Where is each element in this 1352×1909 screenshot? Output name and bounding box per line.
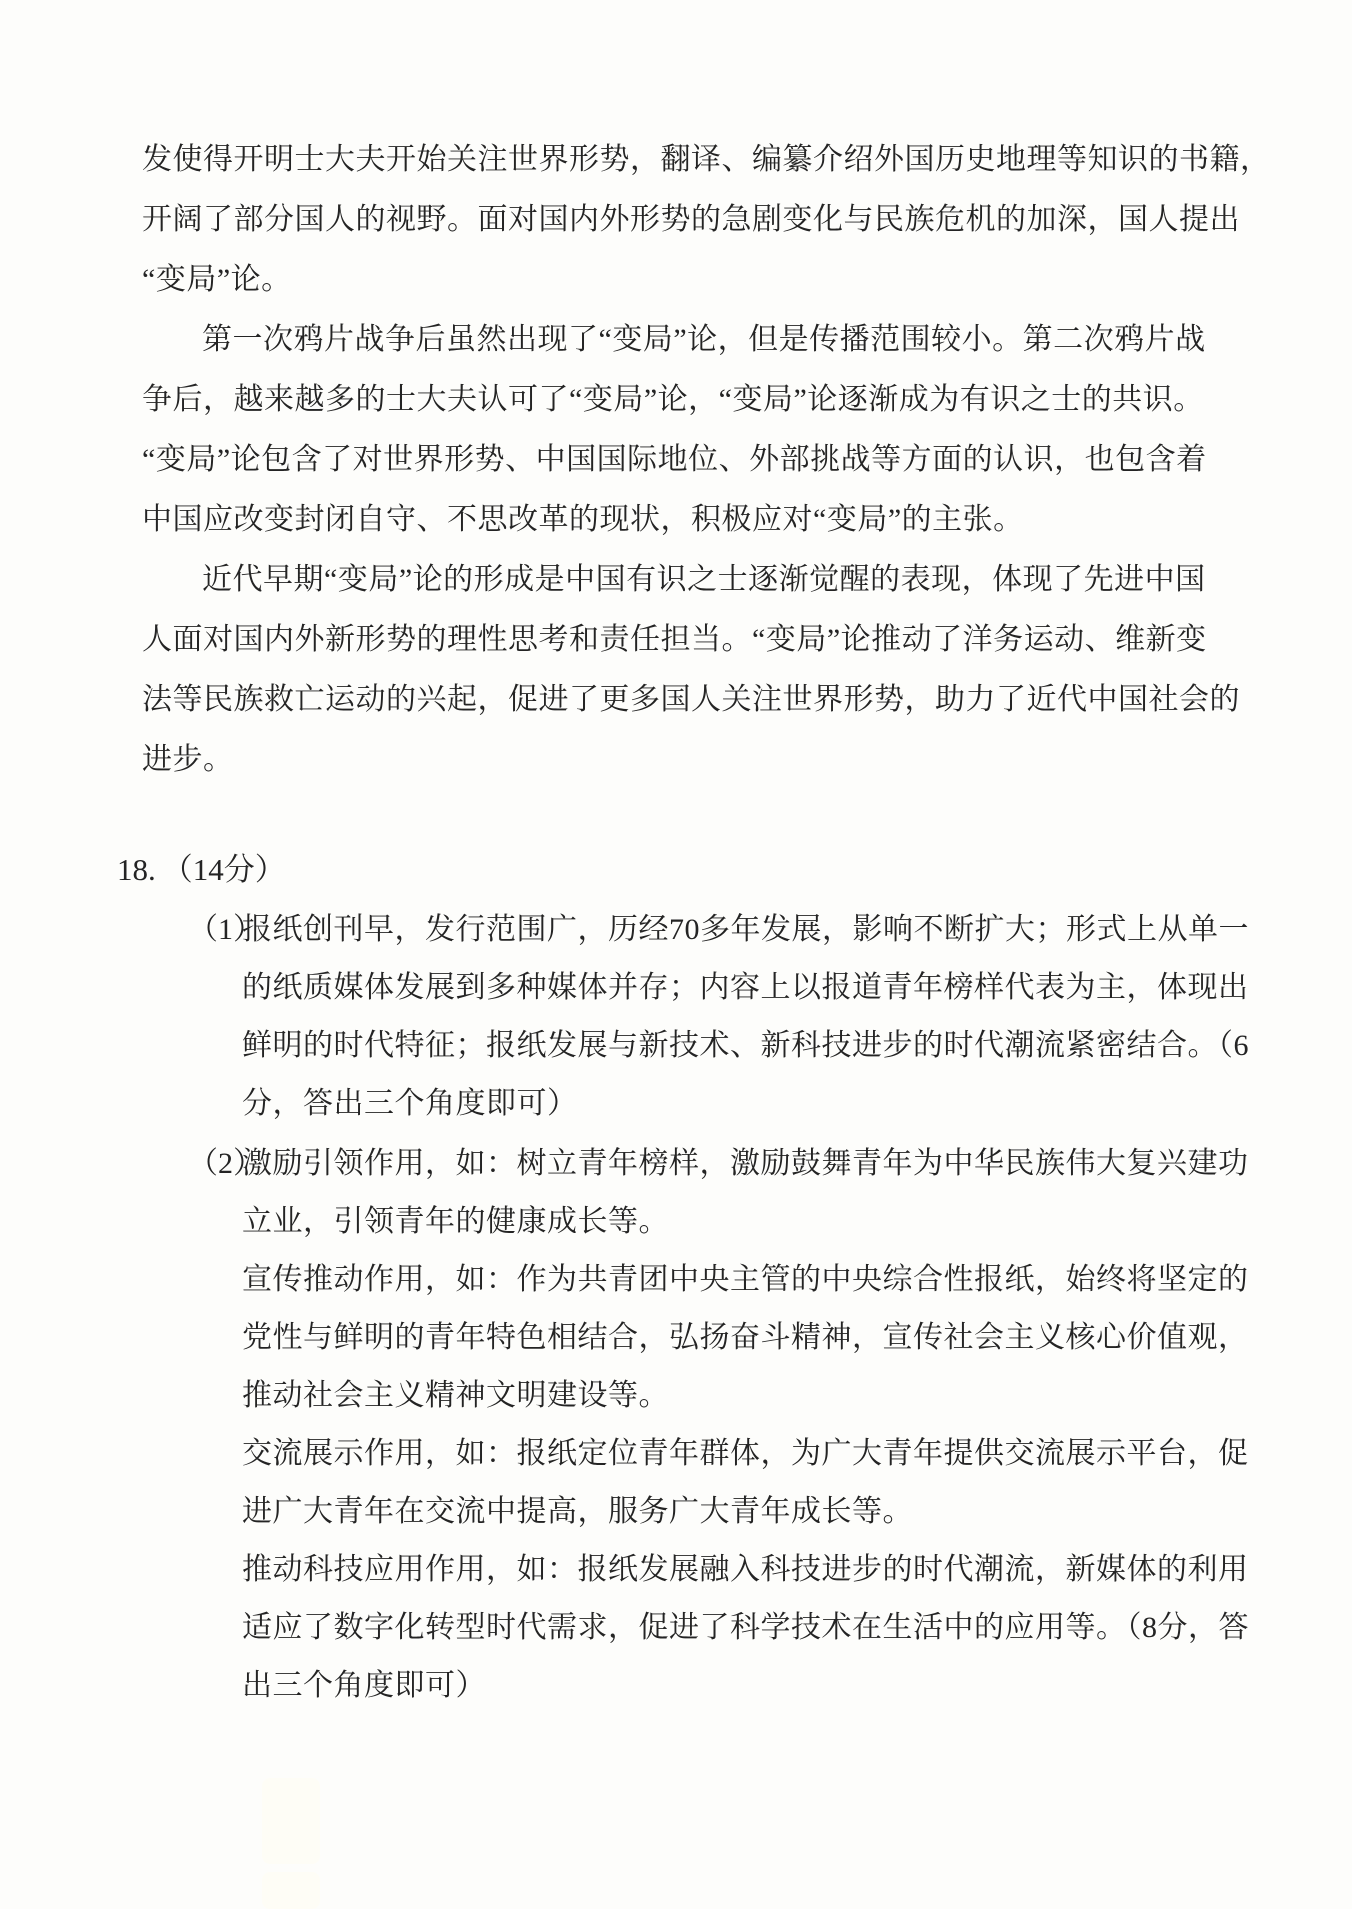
answer-item-2: （2） 激励引领作用，如：树立青年榜样，激励鼓舞青年为中华民族伟大复兴建功立业，… — [142, 1135, 1228, 1715]
text-line: 人面对国内外新形势的理性思考和责任担当。“变局”论推动了洋务运动、维新变 — [142, 610, 1228, 670]
scan-artifact — [262, 1872, 320, 1909]
scan-artifact — [262, 1778, 320, 1864]
question-number: 18. — [117, 852, 162, 887]
question-score-note: （14分） — [162, 852, 286, 887]
answer-item-2-label: （2） — [188, 1135, 263, 1193]
text-line: 中国应改变封闭自守、不思改革的现状，积极应对“变局”的主张。 — [142, 490, 1228, 550]
passage-paragraph-3: 近代早期“变局”论的形成是中国有识之士逐渐觉醒的表现，体现了先进中国人面对国内外… — [142, 550, 1228, 790]
text-line: 立业，引领青年的健康成长等。 — [242, 1193, 1228, 1251]
text-line: 交流展示作用，如：报纸定位青年群体，为广大青年提供交流展示平台，促 — [242, 1425, 1228, 1483]
text-line: 出三个角度即可） — [242, 1657, 1228, 1715]
text-line: 进广大青年在交流中提高，服务广大青年成长等。 — [242, 1483, 1228, 1541]
text-line: “变局”论。 — [142, 250, 1228, 310]
answer-item-1-label: （1） — [188, 901, 263, 959]
text-line: 开阔了部分国人的视野。面对国内外形势的急剧变化与民族危机的加深，国人提出 — [142, 190, 1228, 250]
text-line: 推动社会主义精神文明建设等。 — [242, 1367, 1228, 1425]
text-line: 争后，越来越多的士大夫认可了“变局”论，“变局”论逐渐成为有识之士的共识。 — [142, 370, 1228, 430]
document-page: 发使得开明士大夫开始关注世界形势，翻译、编纂介绍外国历史地理等知识的书籍，开阔了… — [0, 0, 1352, 1909]
text-line: 鲜明的时代特征；报纸发展与新技术、新科技进步的时代潮流紧密结合。（6 — [242, 1017, 1228, 1075]
page-content: 发使得开明士大夫开始关注世界形势，翻译、编纂介绍外国历史地理等知识的书籍，开阔了… — [142, 0, 1228, 1715]
answer-item-2-text: 激励引领作用，如：树立青年榜样，激励鼓舞青年为中华民族伟大复兴建功立业，引领青年… — [242, 1135, 1228, 1715]
text-line: 推动科技应用作用，如：报纸发展融入科技进步的时代潮流，新媒体的利用 — [242, 1541, 1228, 1599]
question-18-heading: 18.（14分） — [117, 841, 1228, 899]
text-line: “变局”论包含了对世界形势、中国国际地位、外部挑战等方面的认识，也包含着 — [142, 430, 1228, 490]
answer-item-1: （1） 报纸创刊早，发行范围广，历经70多年发展，影响不断扩大；形式上从单一的纸… — [142, 901, 1228, 1133]
text-line: 分，答出三个角度即可） — [242, 1075, 1228, 1133]
text-line: 宣传推动作用，如：作为共青团中央主管的中央综合性报纸，始终将坚定的 — [242, 1251, 1228, 1309]
text-line: 激励引领作用，如：树立青年榜样，激励鼓舞青年为中华民族伟大复兴建功 — [242, 1135, 1228, 1193]
text-line: 进步。 — [142, 730, 1228, 790]
text-line: 发使得开明士大夫开始关注世界形势，翻译、编纂介绍外国历史地理等知识的书籍， — [142, 130, 1228, 190]
text-line: 的纸质媒体发展到多种媒体并存；内容上以报道青年榜样代表为主，体现出 — [242, 959, 1228, 1017]
text-line: 第一次鸦片战争后虽然出现了“变局”论，但是传播范围较小。第二次鸦片战 — [142, 310, 1228, 370]
text-line: 近代早期“变局”论的形成是中国有识之士逐渐觉醒的表现，体现了先进中国 — [142, 550, 1228, 610]
question-18-section: 18.（14分） （1） 报纸创刊早，发行范围广，历经70多年发展，影响不断扩大… — [142, 841, 1228, 1715]
text-line: 报纸创刊早，发行范围广，历经70多年发展，影响不断扩大；形式上从单一 — [242, 901, 1228, 959]
passage-paragraph-2: 第一次鸦片战争后虽然出现了“变局”论，但是传播范围较小。第二次鸦片战争后，越来越… — [142, 310, 1228, 550]
text-line: 法等民族救亡运动的兴起，促进了更多国人关注世界形势，助力了近代中国社会的 — [142, 670, 1228, 730]
passage-paragraph-1: 发使得开明士大夫开始关注世界形势，翻译、编纂介绍外国历史地理等知识的书籍，开阔了… — [142, 130, 1228, 310]
answer-item-1-text: 报纸创刊早，发行范围广，历经70多年发展，影响不断扩大；形式上从单一的纸质媒体发… — [242, 901, 1228, 1133]
passage-section: 发使得开明士大夫开始关注世界形势，翻译、编纂介绍外国历史地理等知识的书籍，开阔了… — [142, 0, 1228, 790]
text-line: 适应了数字化转型时代需求，促进了科学技术在生活中的应用等。（8分，答 — [242, 1599, 1228, 1657]
text-line: 党性与鲜明的青年特色相结合，弘扬奋斗精神，宣传社会主义核心价值观， — [242, 1309, 1228, 1367]
